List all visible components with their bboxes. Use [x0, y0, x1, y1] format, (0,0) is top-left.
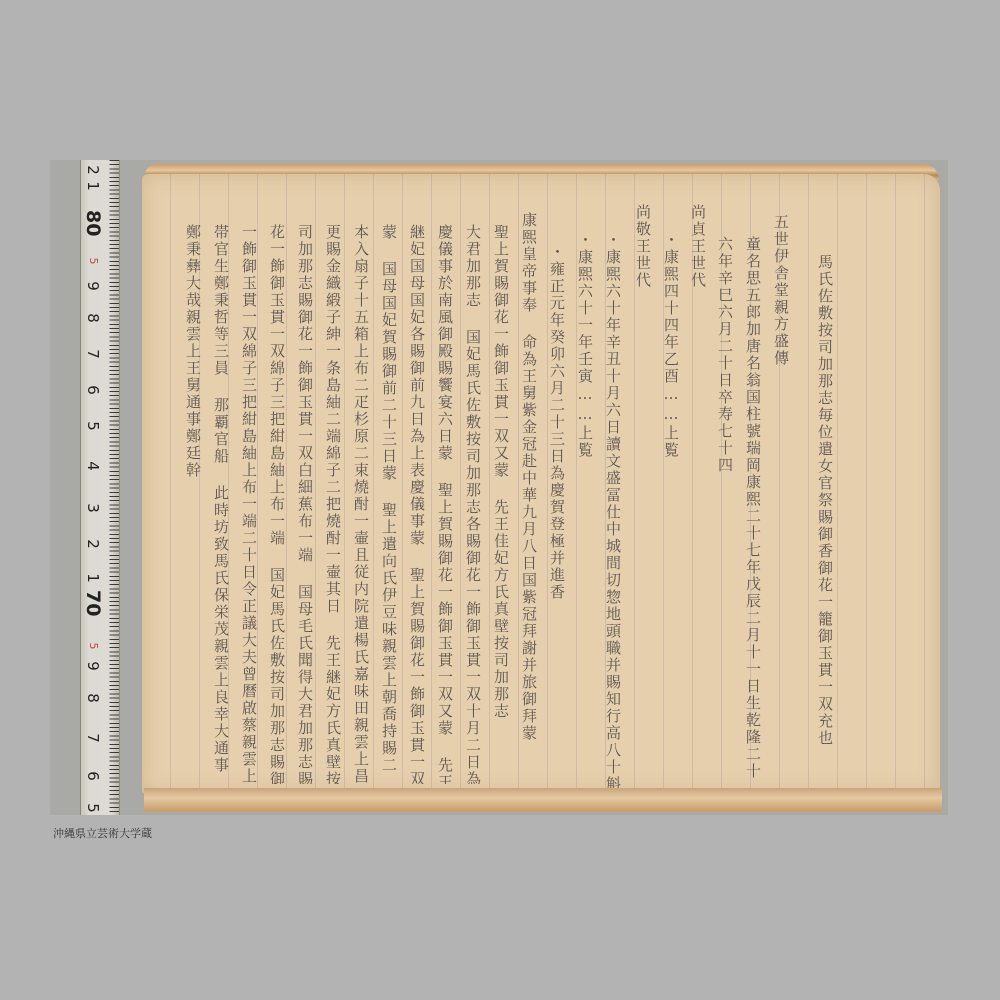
ruler-label: 5 — [85, 636, 101, 656]
manuscript-column: 尚貞王世代 — [687, 204, 709, 289]
ruler-label: 1 — [85, 176, 101, 196]
manuscript-column: 継妃国母国妃各賜御前九日為上表慶儀事蒙 聖上賀賜御花一飾御玉貫一双又 — [406, 224, 428, 784]
manuscript-column: 尚敬王世代 — [632, 204, 654, 289]
ruler-ticks — [103, 160, 119, 815]
manuscript-column: 司加那志賜御花一飾御玉貫一双白細蕉布一端 国母毛氏聞得大君加那志賜御 — [294, 224, 316, 784]
manuscript-column: 聖上賀賜御花一飾御玉貫一双又蒙 先王佳妃方氏真壁按司加那志 — [490, 224, 512, 720]
ruler-label: 8 — [85, 308, 101, 328]
manuscript-text: 馬氏佐敷按司加那志毎位遣女官祭賜御香御花一籠御玉貫一双充也五世伊舎堂親方盛傳童名… — [142, 174, 940, 794]
measuring-ruler: 2 1 80 5 9 8 7 6 5 4 3 2 1 70 5 9 8 7 6 … — [80, 160, 120, 815]
ruler-label: 8 — [85, 688, 101, 708]
collection-caption: 沖縄県立芸術大学蔵 — [53, 825, 152, 841]
manuscript-column: 本入扇子十五箱上布二疋杉原二束燒酎一壷且従内院遣楊氏嘉味田親雲上昌房 — [350, 224, 372, 784]
manuscript-column: ・康煕六十年辛丑十月六日讀文盛冨仕中城間切惣地頭職并賜知行高八十斛 — [602, 232, 624, 792]
ruler-label: 5 — [85, 251, 101, 271]
ruler-label: 6 — [85, 766, 101, 786]
ruler-label: 9 — [85, 276, 101, 296]
manuscript-column: 鄭秉彝大哉親雲上王舅通事鄭廷幹 — [182, 224, 204, 479]
ruler-label: 7 — [85, 728, 101, 748]
manuscript-column: 花一飾御玉貫一双綿子三把紺島紬上布一端 国妃馬氏佐敷按司加那志賜御花 — [266, 224, 288, 784]
ruler-label: 3 — [85, 498, 101, 518]
manuscript-column: 馬氏佐敷按司加那志毎位遣女官祭賜御香御花一籠御玉貫一双充也 — [814, 254, 836, 747]
manuscript-column: ・康煕六十一年壬寅……上覧 — [574, 232, 596, 459]
manuscript-column: 慶儀事於南風御殿賜饗宴六日蒙 聖上賀賜御花一飾御玉貫一双又蒙 先王 — [434, 224, 456, 784]
manuscript-column: 五世伊舎堂親方盛傳 — [770, 214, 792, 367]
manuscript-column: ・康煕四十四年乙酉……上覧 — [660, 232, 682, 459]
ruler-label: 7 — [85, 344, 101, 364]
book-bottom-edge — [144, 788, 942, 812]
manuscript-column: 童名思五郎加唐名翁国柱號瑞岡康煕二十七年戊辰二月十一日生乾隆二十 — [742, 236, 764, 780]
ruler-label: 70 — [85, 590, 101, 610]
manuscript-column: 六年辛巳六月二十日卒寿七十四 — [714, 236, 736, 474]
ruler-label: 9 — [85, 656, 101, 676]
ruler-label: 4 — [85, 456, 101, 476]
manuscript-column: 帯官生鄭秉哲等三員 那覇官船 此時坊致馬氏保栄茂親雲上良幸大通事 — [210, 224, 232, 774]
manuscript-page: 馬氏佐敷按司加那志毎位遣女官祭賜御香御花一籠御玉貫一双充也五世伊舎堂親方盛傳童名… — [142, 174, 940, 794]
ruler-label: 5 — [85, 416, 101, 436]
ruler-label: 5 — [85, 798, 101, 815]
manuscript-photo: 2 1 80 5 9 8 7 6 5 4 3 2 1 70 5 9 8 7 6 … — [50, 160, 948, 815]
ruler-label: 2 — [85, 534, 101, 554]
manuscript-column: 康煕皇帝事奉 命為王舅紫金冠赴中華九月八日国紫冠拜謝并旅御拜蒙 — [518, 212, 540, 742]
manuscript-column: 一飾御玉貫一双綿子三把紺島紬上布一端二十日令正議大夫曾曆啟蔡親雲上 — [238, 224, 260, 784]
ruler-label: 80 — [85, 210, 101, 230]
manuscript-column: 大君加那志 国妃馬氏佐敷按司加那志各賜御花一飾御玉貫一双十月二日為御茶飯 国母毛… — [462, 224, 484, 784]
ruler-label: 6 — [85, 380, 101, 400]
manuscript-column: ・雍正元年癸卯六月二十三日為慶賀登極并進香 — [546, 244, 568, 601]
manuscript-column: 蒙 国母国妃賀賜御前二十三日蒙 聖上遣向氏伊豆味親雲上朝喬持賜二 — [378, 224, 400, 774]
manuscript-column: 更賜金織緞子紳一条島紬二端綿子二把燒酎一壷其日 先王継妃方氏真壁按 — [322, 224, 344, 784]
ruler-label: 1 — [85, 568, 101, 588]
